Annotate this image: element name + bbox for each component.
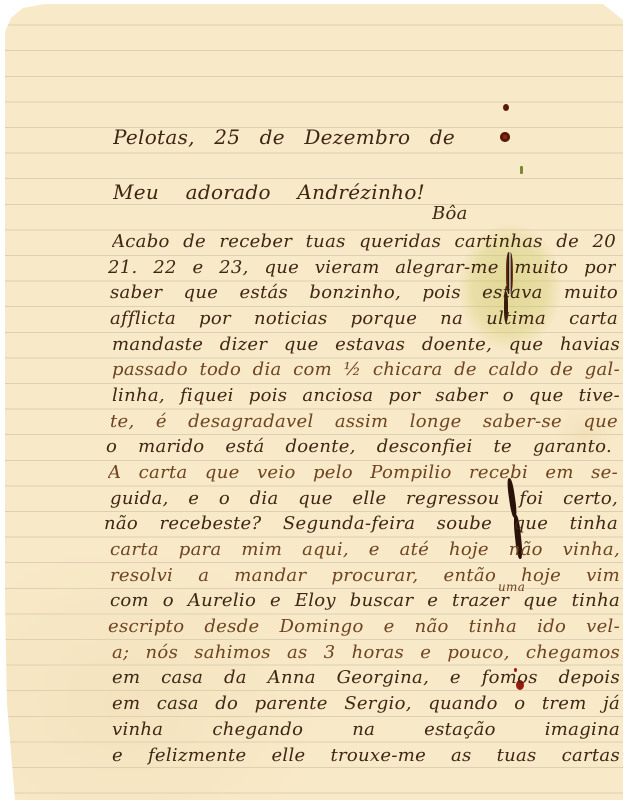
body-line: a; nós sahimos as 3 horas e pouco, chega… bbox=[112, 640, 620, 666]
body-line: não recebeste? Segunda-feira soube que t… bbox=[104, 511, 618, 537]
body-line: escripto desde Domingo e não tinha ido v… bbox=[108, 614, 620, 640]
green-speck bbox=[520, 166, 523, 174]
body-line: linha, fiquei pois anciosa por saber o q… bbox=[112, 383, 620, 409]
body-line: mandaste dizer que estavas doente, que h… bbox=[112, 332, 620, 358]
body-line: o marido está doente, desconfiei te gara… bbox=[106, 434, 612, 460]
paper-hole bbox=[500, 132, 510, 142]
body-line: passado todo dia com ½ chicara de caldo … bbox=[112, 357, 620, 383]
body-line: carta para mim aqui, e até hoje não vinh… bbox=[110, 537, 620, 563]
body-line: resolvi a mandar procurar, então hoje vi… bbox=[110, 563, 620, 589]
body-line: guida, e o dia que elle regressou foi ce… bbox=[110, 486, 618, 512]
ink-speck bbox=[503, 104, 509, 111]
body-line: A carta que veio pelo Pompilio recebi em… bbox=[108, 460, 618, 486]
body-line: em casa da Anna Georgina, e fomos depois bbox=[112, 665, 620, 691]
body-line: Acabo de receber tuas queridas cartinhas… bbox=[112, 229, 616, 255]
body-line: vinha chegando na estação imagina bbox=[112, 717, 620, 743]
body-line: saber que estás bonzinho, pois estava mu… bbox=[110, 280, 618, 306]
body-line: com o Aurelio e Eloy buscar e trazer que… bbox=[110, 588, 620, 614]
body-line: em casa do parente Sergio, quando o trem… bbox=[112, 691, 620, 717]
place-date: Pelotas, 25 de Dezembro de 1928. bbox=[113, 124, 455, 150]
body-line: 21. 22 e 23, que vieram alegrar-me muito… bbox=[108, 255, 616, 281]
body-line: afflicta por noticias porque na ultima c… bbox=[110, 306, 618, 332]
salutation: Meu adorado Andrézinho! bbox=[113, 179, 425, 205]
body-line: te, é desagradavel assim longe saber-se … bbox=[110, 409, 618, 435]
body-line: e felizmente elle trouxe-me as tuas cart… bbox=[112, 743, 620, 769]
greeting-right: Bôa noite! bbox=[432, 201, 512, 227]
